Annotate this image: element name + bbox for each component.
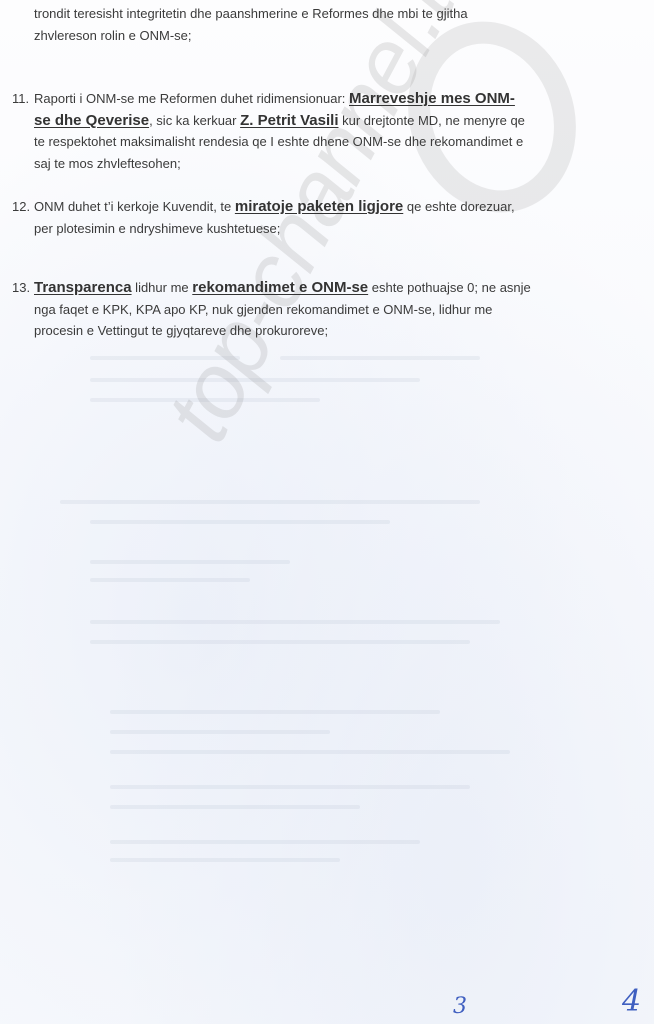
text-line: zhvlereson rolin e ONM-se;: [34, 25, 572, 47]
text-span: lidhur me: [132, 280, 193, 295]
show-through-line: [280, 356, 480, 360]
handwritten-page-mark-left: 3: [453, 994, 467, 1019]
show-through-line: [110, 710, 440, 714]
list-item-13: 13. Transparenca lidhur me rekomandimet …: [12, 277, 572, 342]
item-number: 12.: [12, 196, 30, 218]
text-span: eshte pothuajse 0; ne asnje: [368, 280, 531, 295]
emphasis-transparency: Transparenca: [34, 279, 132, 296]
text-line: ONM duhet t’i kerkoje Kuvendit, te mirat…: [34, 196, 572, 218]
show-through-line: [110, 840, 420, 844]
text-line: per plotesimin e ndryshimeve kushtetuese…: [34, 218, 572, 240]
show-through-line: [90, 578, 250, 582]
text-line: trondit teresisht integritetin dhe paans…: [34, 3, 572, 25]
show-through-line: [110, 730, 330, 734]
emphasis-legal-package: miratoje paketen ligjore: [235, 198, 403, 215]
show-through-line: [90, 398, 320, 402]
item-number: 11.: [12, 88, 29, 110]
text-span: qe eshte dorezuar,: [403, 199, 514, 214]
show-through-line: [90, 356, 240, 360]
handwritten-page-mark-right: 4: [622, 984, 641, 1019]
text-line: saj te mos zhvleftesohen;: [34, 153, 572, 175]
text-span: kur drejtonte MD, ne menyre qe: [338, 113, 524, 128]
text-line: nga faqet e KPK, KPA apo KP, nuk gjenden…: [34, 299, 572, 321]
emphasis-agreement: Marreveshje mes ONM-: [349, 90, 515, 107]
text-line: te respektohet maksimalisht rendesia qe …: [34, 131, 572, 153]
intro-paragraph: trondit teresisht integritetin dhe paans…: [12, 3, 572, 46]
show-through-line: [110, 750, 510, 754]
text-span: ONM duhet t’i kerkoje Kuvendit, te: [34, 199, 235, 214]
show-through-line: [60, 500, 480, 504]
text-line: Raporti i ONM-se me Reformen duhet ridim…: [34, 88, 572, 110]
text-span: Raporti i ONM-se me Reformen duhet ridim…: [34, 91, 349, 106]
list-item-11: 11. Raporti i ONM-se me Reformen duhet r…: [12, 88, 572, 174]
show-through-line: [90, 640, 470, 644]
show-through-line: [90, 520, 390, 524]
list-item-12: 12. ONM duhet t’i kerkoje Kuvendit, te m…: [12, 196, 572, 239]
text-line: Transparenca lidhur me rekomandimet e ON…: [34, 277, 572, 299]
show-through-line: [90, 620, 500, 624]
show-through-line: [110, 785, 470, 789]
text-line: se dhe Qeverise, sic ka kerkuar Z. Petri…: [34, 110, 572, 132]
show-through-line: [90, 560, 290, 564]
show-through-line: [110, 858, 340, 862]
text-span: , sic ka kerkuar: [149, 113, 240, 128]
emphasis-recommendations: rekomandimet e ONM-se: [192, 279, 368, 296]
emphasis-person-name: Z. Petrit Vasili: [240, 112, 338, 129]
text-line: procesin e Vettingut te gjyqtareve dhe p…: [34, 320, 572, 342]
item-number: 13.: [12, 277, 30, 299]
show-through-line: [110, 805, 360, 809]
show-through-line: [90, 378, 420, 382]
emphasis-agreement-cont: se dhe Qeverise: [34, 112, 149, 129]
